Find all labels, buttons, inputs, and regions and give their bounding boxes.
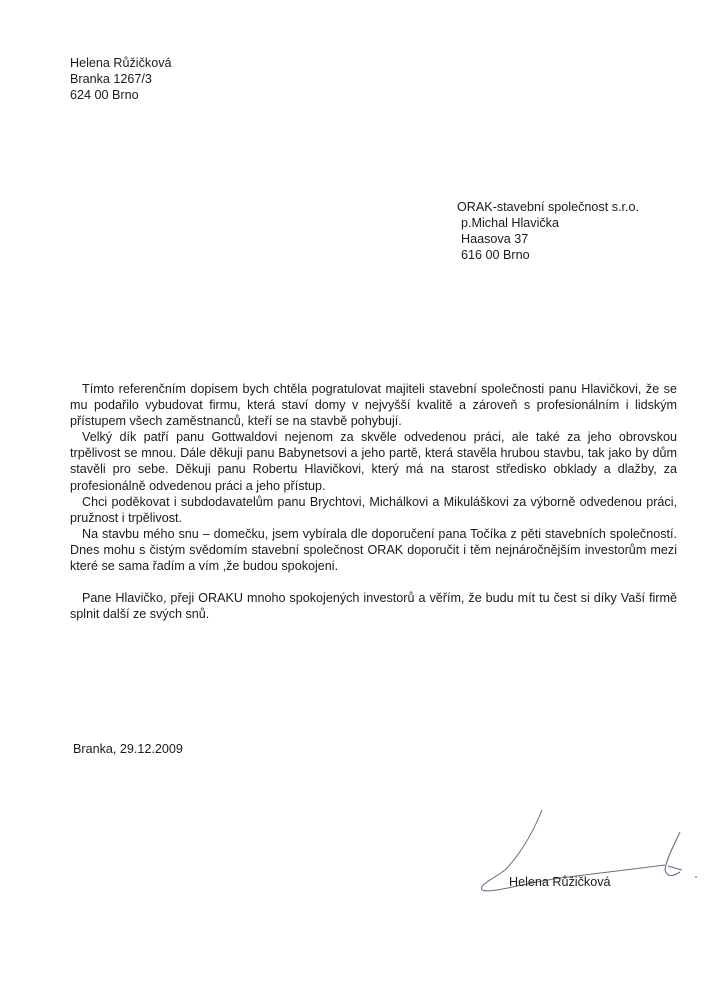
sender-city: 624 00 Brno (70, 87, 172, 103)
sender-name: Helena Růžičková (70, 55, 172, 71)
sender-address: Helena Růžičková Branka 1267/3 624 00 Br… (70, 55, 172, 103)
letter-date: Branka, 29.12.2009 (73, 742, 183, 756)
recipient-street: Haasova 37 (457, 231, 639, 247)
sender-street: Branka 1267/3 (70, 71, 172, 87)
paragraph-closing: Pane Hlavičko, přeji ORAKU mnoho spokoje… (70, 590, 677, 622)
recipient-city: 616 00 Brno (457, 247, 639, 263)
letter-body: Tímto referenčním dopisem bych chtěla po… (70, 381, 677, 622)
recipient-address: ORAK-stavební společnost s.r.o. p.Michal… (457, 199, 639, 263)
signature-printed-name: Helena Růžičková (509, 875, 611, 889)
paragraph-recommendation: Na stavbu mého snu – domečku, jsem vybír… (70, 526, 677, 574)
recipient-contact: p.Michal Hlavička (457, 215, 639, 231)
paragraph-congratulation: Tímto referenčním dopisem bych chtěla po… (70, 381, 677, 429)
paragraph-subcontractors: Chci poděkovat i subdodavatelům panu Bry… (70, 494, 677, 526)
recipient-company: ORAK-stavební společnost s.r.o. (457, 199, 639, 215)
paragraph-thanks: Velký dík patří panu Gottwaldovi nejenom… (70, 429, 677, 493)
